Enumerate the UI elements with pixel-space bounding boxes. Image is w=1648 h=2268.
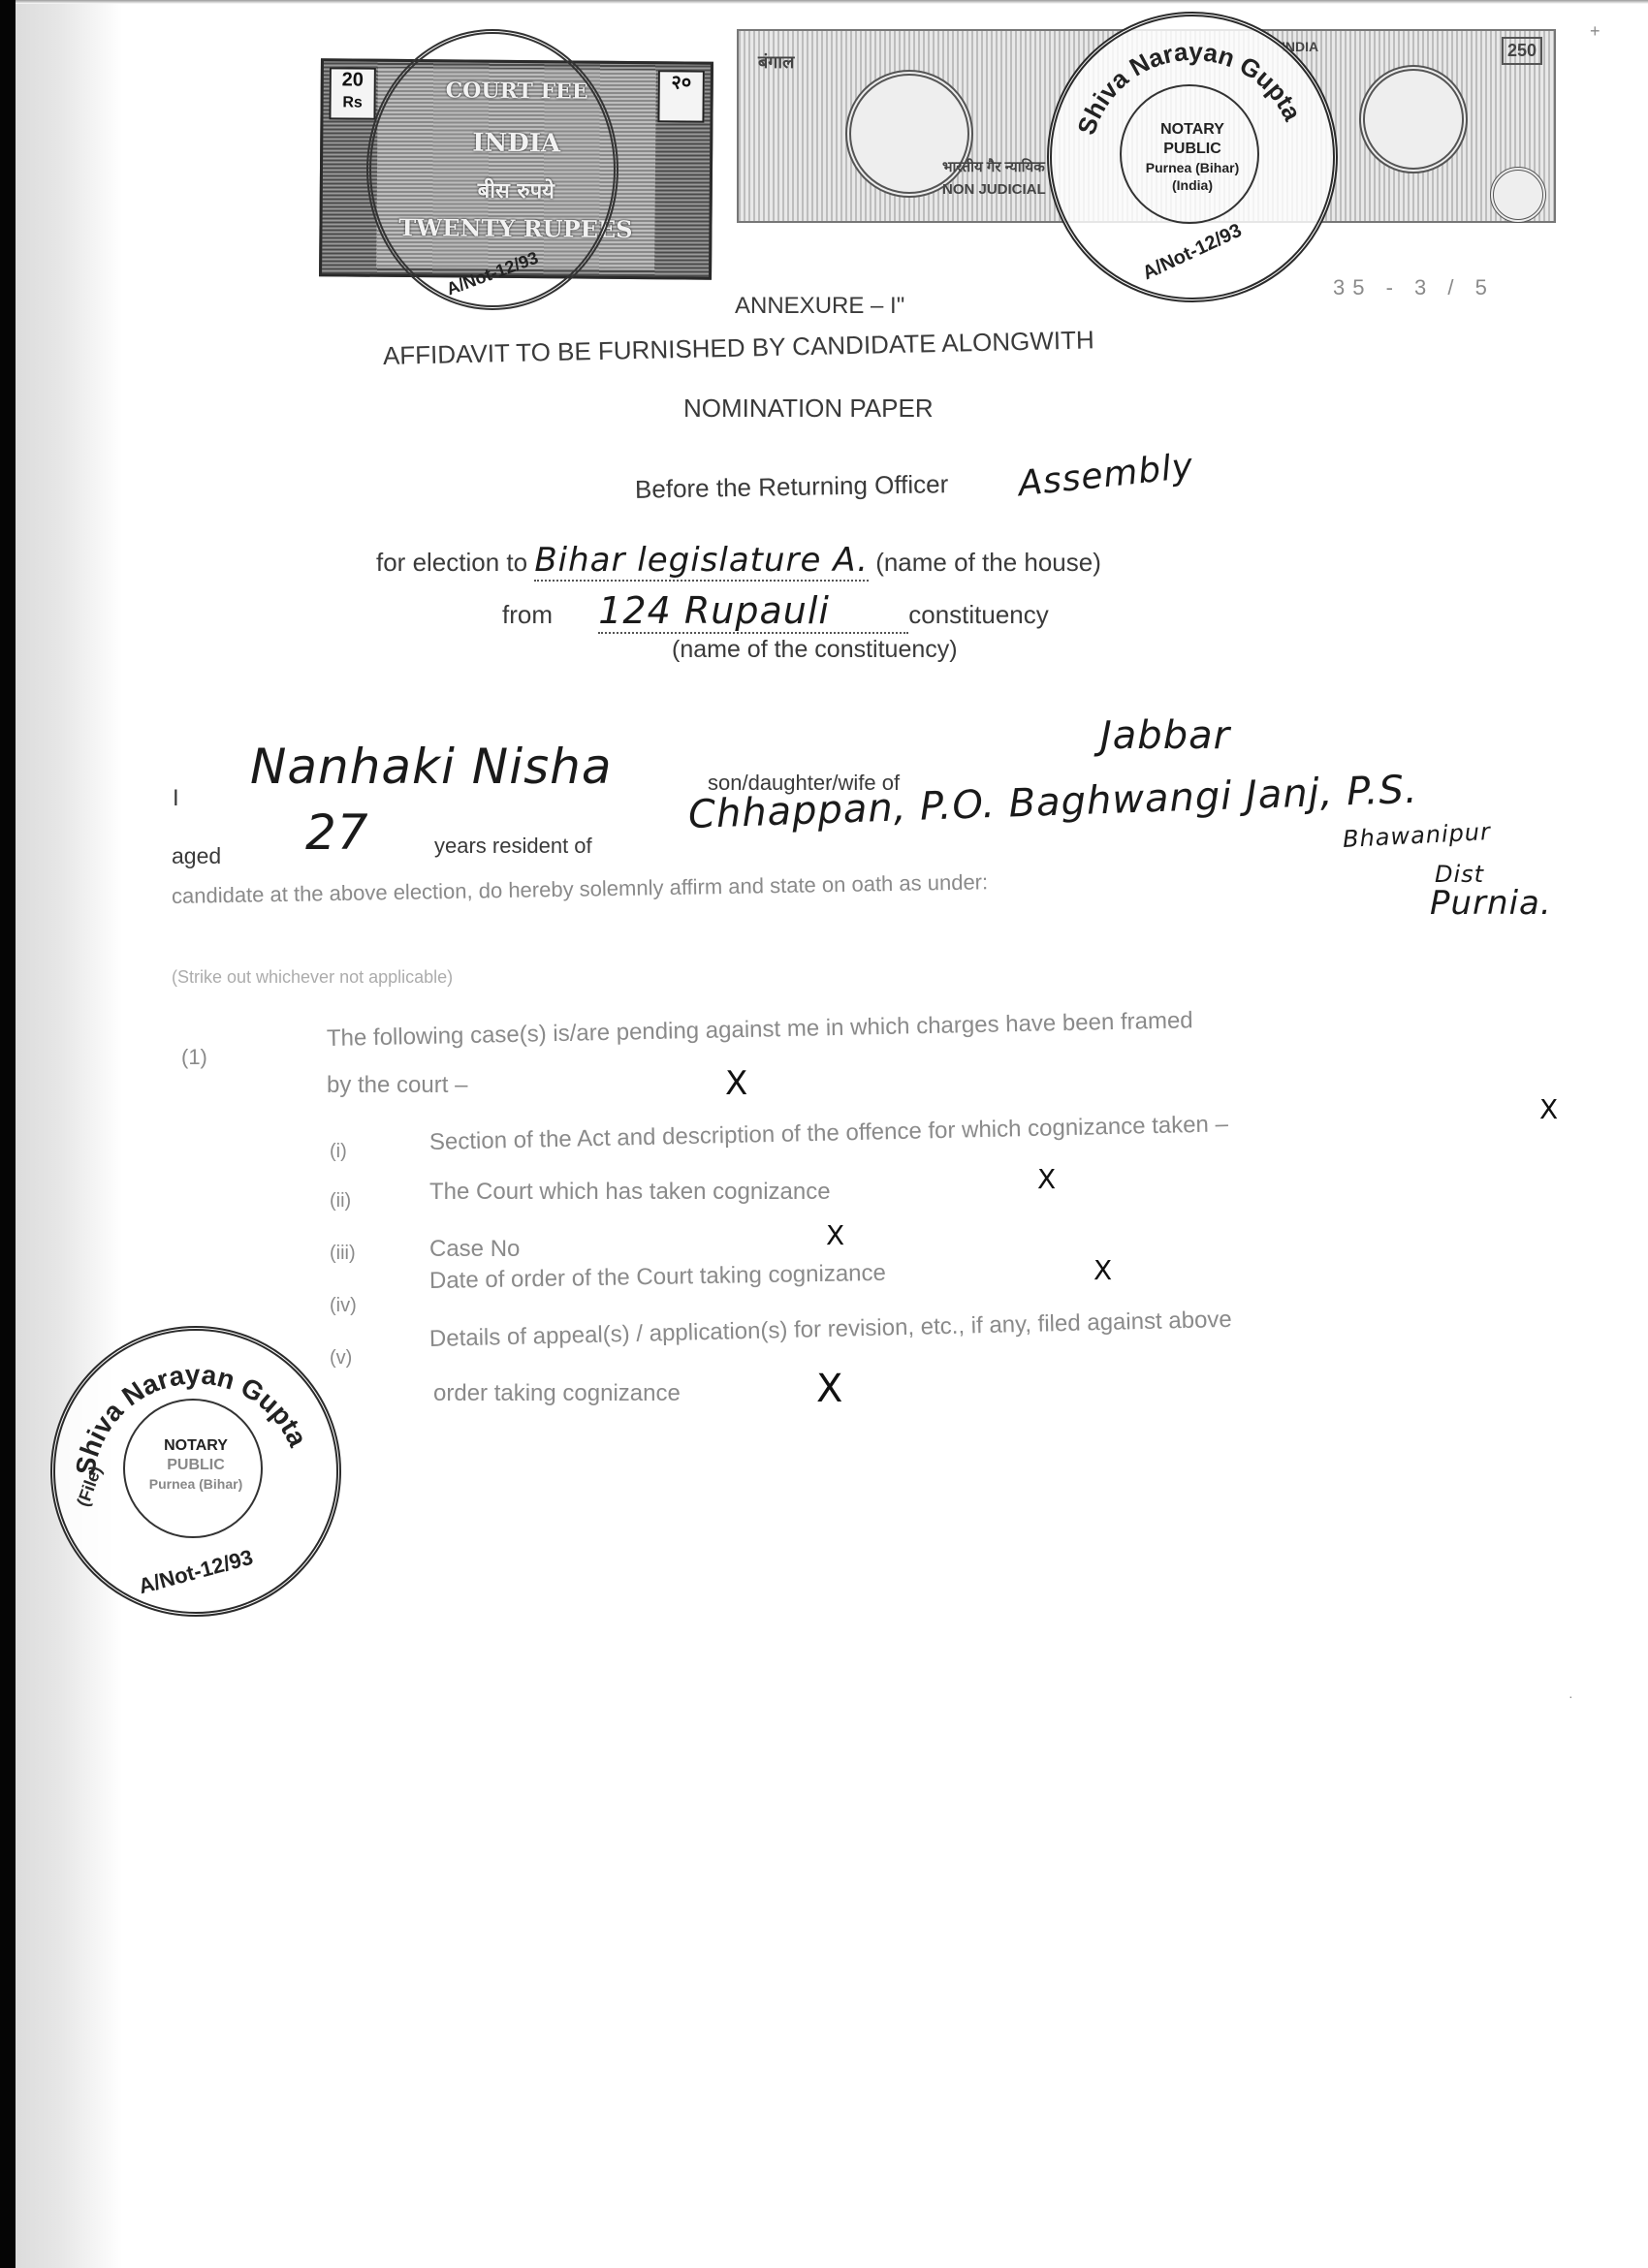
revenue-english: NON JUDICIAL [942, 181, 1046, 198]
subitem-text: Section of the Act and description of th… [429, 1111, 1229, 1156]
strike-mark: X [1539, 1093, 1558, 1125]
scan-edge-black [0, 0, 16, 2268]
constituency-field: 124 Rupauli [598, 589, 908, 634]
stamp-value-left: 20 Rs [329, 67, 375, 119]
subitem-text: The Court which has taken cognizance [429, 1179, 831, 1206]
affirm-text: candidate at the above election, do here… [172, 869, 989, 909]
scan-speck: · [1569, 1688, 1573, 1704]
subitem-number: (ii) [330, 1190, 351, 1213]
stamp-value: 20 [342, 69, 364, 90]
notary-seal-ring-left: A/Not-12/93 [366, 29, 618, 310]
notary-seal-top: Shiva Narayan Gupta NOTARY PUBLIC Purnea… [1047, 12, 1338, 302]
age-field: 27 [305, 804, 369, 861]
revenue-emblem-right [1359, 65, 1468, 173]
annexure-label: ANNEXURE – I" [735, 293, 904, 320]
address-field-line4: Purnia. [1430, 884, 1552, 923]
stamp-value-hindi: २० [671, 72, 691, 93]
item-text-line1: The following case(s) is/are pending aga… [327, 1007, 1193, 1053]
constituency-line: from 124 Rupauliconstituency [502, 589, 1049, 634]
scan-mark: + [1590, 21, 1600, 42]
item-number: (1) [181, 1045, 207, 1070]
strike-mark: X [1093, 1254, 1112, 1286]
revenue-emblem [845, 70, 973, 198]
election-prefix: for election to [376, 548, 527, 577]
strike-note: (Strike out whichever not applicable) [172, 967, 453, 988]
election-line: for election to Bihar legislature A. (na… [376, 541, 1101, 582]
strike-mark: X [1037, 1163, 1056, 1195]
relation-name-field: Jabbar [1100, 713, 1230, 758]
stamp-value-right: २० [657, 70, 704, 122]
subitem-text: Details of appeal(s) / application(s) fo… [429, 1307, 1232, 1353]
before-returning-officer: Before the Returning Officer [635, 469, 949, 505]
scan-top-edge [16, 0, 1648, 4]
stamp-currency: Rs [342, 94, 363, 110]
subitem-number: (i) [330, 1141, 347, 1163]
seal-country: (India) [1052, 177, 1333, 193]
election-house-field: Bihar legislature A. [534, 541, 869, 582]
seal-notary: NOTARY [1052, 121, 1333, 139]
handwritten-assembly: Assembly [1016, 447, 1195, 505]
seal-public: PUBLIC [1052, 141, 1333, 158]
constituency-suffix: constituency [908, 600, 1049, 629]
revenue-corner-circle [1490, 167, 1546, 223]
resident-label: years resident of [434, 834, 592, 859]
revenue-value: 250 [1502, 37, 1542, 65]
address-field-line2: Bhawanipur [1342, 818, 1491, 853]
scan-edge-shadow [16, 0, 122, 2268]
subitem-number: (iii) [330, 1243, 356, 1265]
constituency-caption: (name of the constituency) [672, 636, 958, 664]
i-label: I [173, 785, 179, 812]
strike-mark: X [826, 1219, 844, 1251]
strike-mark: X [725, 1064, 747, 1103]
seal-place: Purnea (Bihar) [1052, 160, 1333, 175]
declarant-name-field: Nanhaki Nisha [250, 739, 612, 795]
item-text-line2: by the court – [327, 1072, 467, 1099]
affidavit-title-line2: NOMINATION PAPER [683, 394, 934, 424]
subitem-text-line2: order taking cognizance [433, 1380, 681, 1407]
strike-mark: X [816, 1367, 842, 1411]
subitem-number: (iv) [330, 1295, 357, 1317]
revenue-hindi: भारतीय गैर न्यायिक [942, 157, 1045, 176]
subitem-text: Date of order of the Court taking cogniz… [429, 1260, 886, 1295]
election-suffix: (name of the house) [875, 548, 1101, 577]
subitem-text: Case No [429, 1236, 520, 1263]
revenue-left-label: बंगाल [758, 50, 794, 74]
affidavit-title-line1: AFFIDAVIT TO BE FURNISHED BY CANDIDATE A… [383, 325, 1094, 371]
aged-label: aged [172, 843, 221, 869]
from-prefix: from [502, 600, 553, 629]
notary-seal-bottom: Shiva Narayan Gupta NOTARY PUBLIC Purnea… [50, 1326, 341, 1617]
seal-bottom-text: A/Not-12/93 [375, 223, 610, 325]
seal-notary: NOTARY [55, 1437, 336, 1455]
top-right-scribble: 35 - 3 / 5 [1333, 275, 1495, 300]
